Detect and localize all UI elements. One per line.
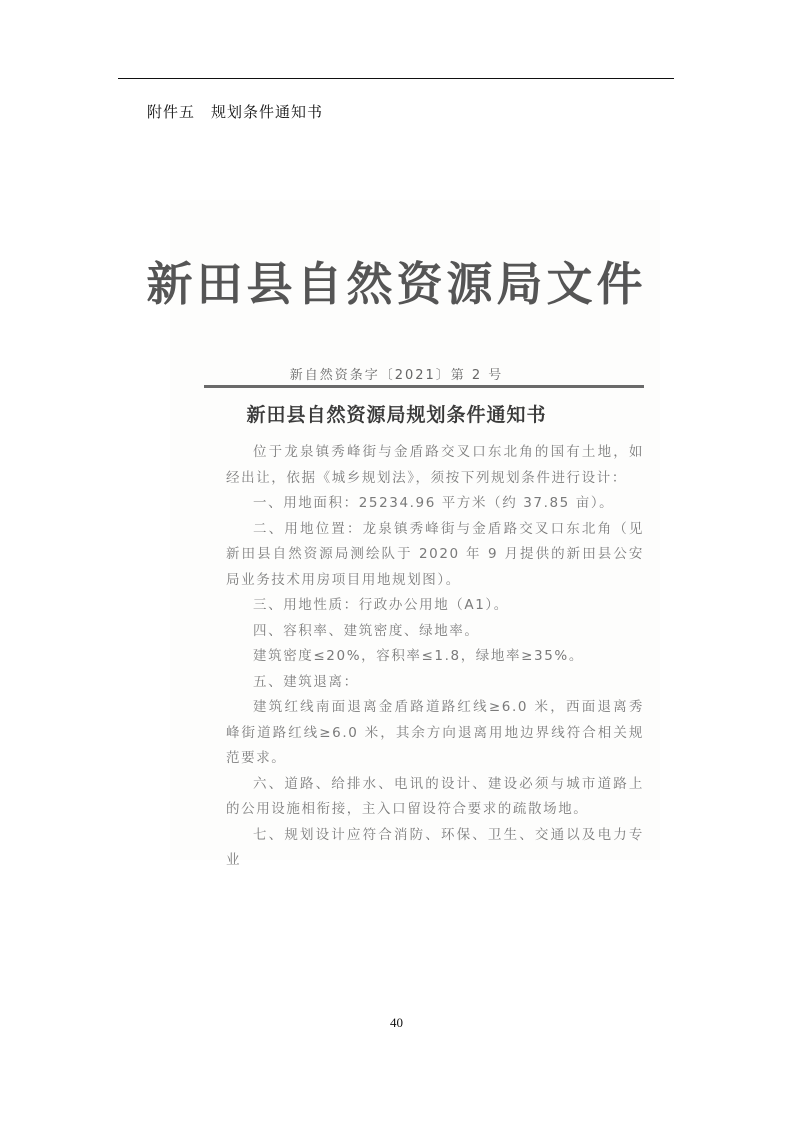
page-number: 40	[0, 1015, 793, 1031]
paragraph-ratios-heading: 四、容积率、建筑密度、绿地率。	[226, 619, 644, 645]
document-header-title: 新田县自然资源局文件	[0, 248, 793, 314]
appendix-heading: 附件五 规划条件通知书	[147, 101, 323, 122]
header-divider	[204, 385, 644, 388]
paragraph-setback-details: 建筑红线南面退离金盾路道路红线≥6.0 米，西面退离秀峰街道路红线≥6.0 米，…	[226, 695, 644, 772]
paragraph-infrastructure: 六、道路、给排水、电讯的设计、建设必须与城市道路上的公用设施相衔接，主入口留设符…	[226, 772, 644, 823]
document-number: 新自然资条字〔2021〕第 2 号	[0, 364, 793, 383]
paragraph-land-location: 二、用地位置：龙泉镇秀峰街与金盾路交叉口东北角（见新田县自然资源局测绘队于 20…	[226, 517, 644, 594]
notice-body: 位于龙泉镇秀峰街与金盾路交叉口东北角的国有土地，如经出让，依据《城乡规划法》，须…	[226, 440, 644, 874]
paragraph-land-use: 三、用地性质：行政办公用地（A1）。	[226, 593, 644, 619]
paragraph-setback-heading: 五、建筑退离：	[226, 670, 644, 696]
paragraph-ratios-values: 建筑密度≤20%，容积率≤1.8，绿地率≥35%。	[226, 644, 644, 670]
notice-title: 新田县自然资源局规划条件通知书	[0, 400, 793, 427]
top-rule	[118, 78, 674, 79]
paragraph-compliance: 七、规划设计应符合消防、环保、卫生、交通以及电力专业	[226, 823, 644, 874]
paragraph-intro: 位于龙泉镇秀峰街与金盾路交叉口东北角的国有土地，如经出让，依据《城乡规划法》，须…	[226, 440, 644, 491]
paragraph-land-area: 一、用地面积：25234.96 平方米（约 37.85 亩）。	[226, 491, 644, 517]
